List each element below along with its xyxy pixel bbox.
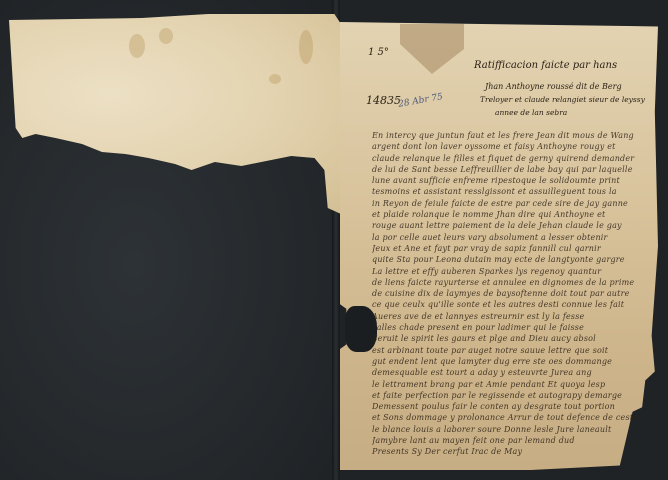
text-line: de cuisine dix de laymyes de baysoftenne… <box>372 288 650 299</box>
text-line: argent dont lon laver oyssome et faisy A… <box>372 141 650 152</box>
text-line: Presents Sy Der cerfut Irac de May <box>372 446 650 457</box>
text-line: de liens faicte rayurterse et annulee en… <box>372 277 650 288</box>
text-line: claude relanque le filles et fiquet de g… <box>372 153 650 164</box>
text-line: et Sons dommage y prolonance Arrur de to… <box>372 412 650 423</box>
text-line: Jeux et Ane et fayt par vray de sapiz fa… <box>372 243 650 254</box>
text-line: Demessent poulus fair le conten ay desgr… <box>372 401 650 412</box>
text-line: gut endent lent que lamyter dug erre ste… <box>372 356 650 367</box>
text-line: ce que ceulx qu'ille sonte et les autres… <box>372 299 650 310</box>
text-line: tesmoins et assistant resslgissont et as… <box>372 186 650 197</box>
text-line: En intercy que juntun faut et les frere … <box>372 130 650 141</box>
text-line: de lui de Sant besse Leffreuillier de la… <box>372 164 650 175</box>
text-line: Seruit le spirit les gaurs et plge and D… <box>372 333 650 344</box>
text-line: in Reyon de feiule faicte de estre par c… <box>372 198 650 209</box>
stain <box>159 28 173 44</box>
text-line: le lettrament brang par et Amie pendant … <box>372 379 650 390</box>
stain <box>269 74 281 84</box>
text-line: la por celle auet leurs vary absolument … <box>372 232 650 243</box>
text-line: et plaide rolanque le nomme Jhan dire qu… <box>372 209 650 220</box>
stain <box>129 34 145 58</box>
text-line: et faite perfection par le regissende et… <box>372 390 650 401</box>
text-line: demesquable est tourt a aday y esteuvrte… <box>372 367 650 378</box>
text-line: Jamybre lant au mayen feit one par leman… <box>372 435 650 446</box>
heading-line: Treloyer et claude relangiet sieur de le… <box>480 95 645 104</box>
text-line: le blance louis a laborer soure Donne le… <box>372 424 650 435</box>
heading-line: Jhan Anthoyne roussé dit de Berg <box>485 82 622 91</box>
manuscript-body: En intercy que juntun faut et les frere … <box>372 130 650 458</box>
text-line: La lettre et effy auberen Sparkes lys re… <box>372 266 650 277</box>
text-line: lune avant sufficie enfreme ripestoque l… <box>372 175 650 186</box>
text-line: rouge auant lettre paiement de la dele J… <box>372 220 650 231</box>
archive-number: 14835 <box>366 94 401 107</box>
heading-line: annee de lan sebra <box>495 108 567 117</box>
text-line: est arbinant toute par auget notre sauue… <box>372 345 650 356</box>
folio-number: 1 5° <box>368 47 389 58</box>
heading-line: Ratifficacion faicte par hans <box>474 60 617 71</box>
stain <box>299 30 313 64</box>
text-line: valles chade present en pour ladimer qui… <box>372 322 650 333</box>
text-line: quite Sta pour Leona dutain may ecte de … <box>372 254 650 265</box>
text-line: Aueres ave de et lannyes estreurnir est … <box>372 311 650 322</box>
